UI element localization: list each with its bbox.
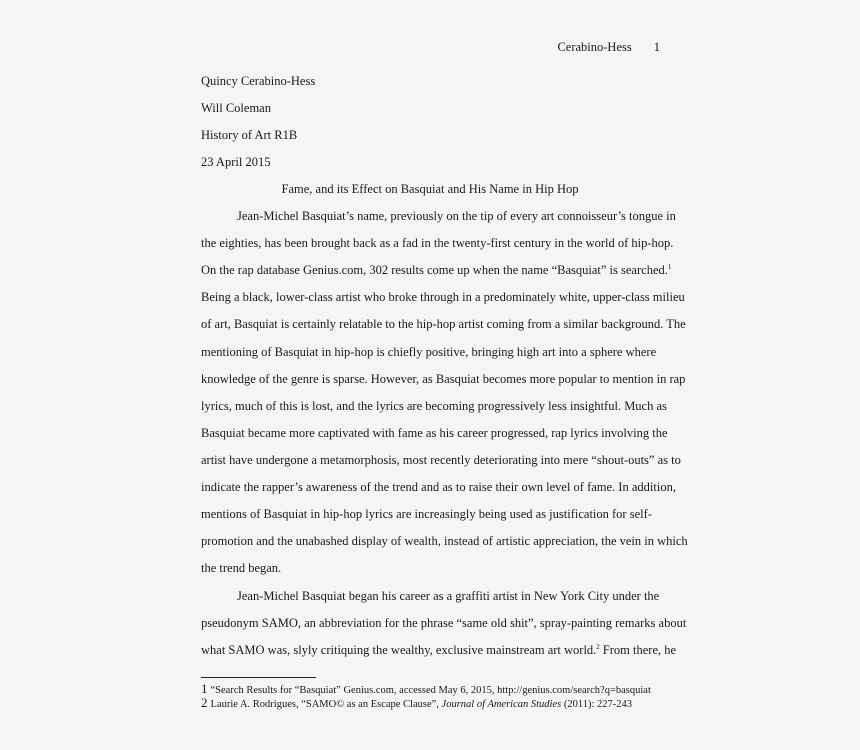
body-line: Basquiat became more captivated with fam…	[201, 426, 668, 441]
body-line: indicate the rapper’s awareness of the t…	[201, 480, 676, 495]
body-line-text: indicate the rapper’s awareness of the t…	[201, 480, 676, 494]
body-line-text: lyrics, much of this is lost, and the ly…	[201, 399, 667, 413]
body-line-text: Basquiat became more captivated with fam…	[201, 426, 668, 440]
body-line: of art, Basquiat is certainly relatable …	[201, 317, 686, 332]
journal-title: Journal of American Studies	[442, 699, 562, 710]
author-name: Quincy Cerabino-Hess	[201, 74, 315, 89]
body-line: Jean-Michel Basquiat’s name, previously …	[237, 209, 676, 224]
body-line: the trend began.	[201, 561, 281, 576]
body-line-text: pseudonym SAMO, an abbreviation for the …	[201, 616, 686, 630]
page-number: 1	[654, 40, 660, 54]
instructor-name: Will Coleman	[201, 101, 271, 116]
body-line: knowledge of the genre is sparse. Howeve…	[201, 372, 685, 387]
body-line-text: promotion and the unabashed display of w…	[201, 534, 688, 548]
body-line-text: what SAMO was, slyly critiquing the weal…	[201, 643, 596, 657]
body-line: the eighties, has been brought back as a…	[201, 236, 673, 251]
body-line-text: mentioning of Basquiat in hip-hop is chi…	[201, 345, 656, 359]
body-line-text: On the rap database Genius.com, 302 resu…	[201, 263, 668, 277]
body-line-text: From there, he	[603, 643, 676, 657]
footnote-text-end: (2011): 227-243	[561, 699, 632, 710]
body-line: mentioning of Basquiat in hip-hop is chi…	[201, 345, 656, 360]
body-line: pseudonym SAMO, an abbreviation for the …	[201, 616, 686, 631]
footnote-ref: 2	[596, 643, 600, 651]
body-line-text: of art, Basquiat is certainly relatable …	[201, 317, 686, 331]
footnote-2: 2Laurie A. Rodrigues, “SAMO© as an Escap…	[201, 695, 632, 711]
body-line: what SAMO was, slyly critiquing the weal…	[201, 643, 676, 658]
paper-title: Fame, and its Effect on Basquiat and His…	[0, 182, 860, 197]
body-line-text: Being a black, lower-class artist who br…	[201, 290, 685, 304]
body-line-text: mentions of Basquiat in hip-hop lyrics a…	[201, 507, 652, 521]
body-line-text: knowledge of the genre is sparse. Howeve…	[201, 372, 685, 386]
body-line: artist have undergone a metamorphosis, m…	[201, 453, 681, 468]
footnote-number: 1	[201, 681, 208, 696]
body-line: Being a black, lower-class artist who br…	[201, 290, 685, 305]
footnote-number: 2	[201, 695, 208, 710]
footnote-separator	[201, 677, 316, 678]
footnote-ref: 1	[668, 263, 672, 271]
body-line: On the rap database Genius.com, 302 resu…	[201, 263, 671, 278]
course-name: History of Art R1B	[201, 128, 297, 143]
running-header: Cerabino-Hess1	[557, 40, 660, 55]
body-line-text: artist have undergone a metamorphosis, m…	[201, 453, 681, 467]
body-line-text: Jean-Michel Basquiat began his career as…	[237, 589, 659, 603]
body-line-text: the eighties, has been brought back as a…	[201, 236, 673, 250]
body-line: mentions of Basquiat in hip-hop lyrics a…	[201, 507, 652, 522]
header-author: Cerabino-Hess	[557, 40, 631, 54]
date: 23 April 2015	[201, 155, 270, 170]
body-line-text: Jean-Michel Basquiat’s name, previously …	[237, 209, 676, 223]
body-line: promotion and the unabashed display of w…	[201, 534, 688, 549]
footnote-text: Laurie A. Rodrigues, “SAMO© as an Escape…	[211, 699, 442, 710]
body-line: Jean-Michel Basquiat began his career as…	[237, 589, 659, 604]
body-line: lyrics, much of this is lost, and the ly…	[201, 399, 667, 414]
body-line-text: the trend began.	[201, 561, 281, 575]
